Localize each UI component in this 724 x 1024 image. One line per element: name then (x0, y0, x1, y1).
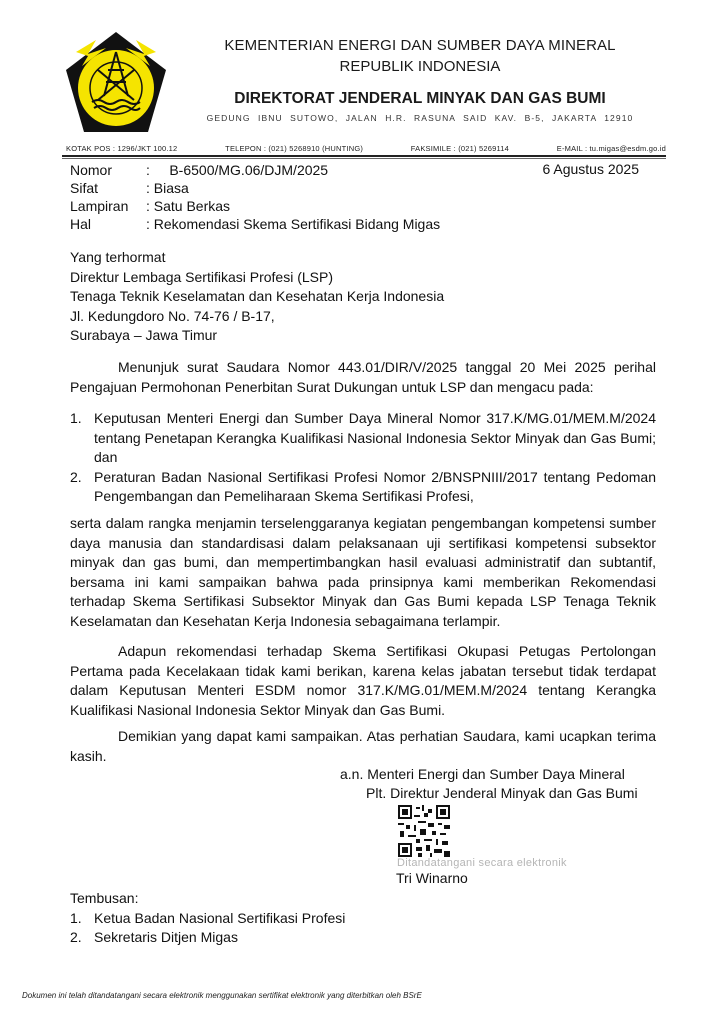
meta-row-subject: Hal : Rekomendasi Skema Sertifikasi Bida… (70, 215, 440, 233)
list-item: 1. Keputusan Menteri Energi dan Sumber D… (70, 409, 656, 468)
intro-paragraph: Menunjuk surat Saudara Nomor 443.01/DIR/… (70, 358, 656, 397)
recipient-block: Yang terhormat Direktur Lembaga Sertifik… (70, 248, 444, 346)
meta-row-nature: Sifat : Biasa (70, 179, 440, 197)
letterhead-divider-thin (62, 158, 666, 159)
recipient-title: Direktur Lembaga Sertifikasi Profesi (LS… (70, 268, 444, 288)
recipient-org: Tenaga Teknik Keselamatan dan Kesehatan … (70, 287, 444, 307)
letter-date: 6 Agustus 2025 (542, 161, 639, 177)
main-paragraph: serta dalam rangka menjamin terselenggar… (70, 514, 656, 631)
signature-on-behalf: a.n. Menteri Energi dan Sumber Daya Mine… (340, 766, 625, 782)
reference-list: 1. Keputusan Menteri Energi dan Sumber D… (70, 409, 656, 507)
exception-paragraph: Adapun rekomendasi terhadap Skema Sertif… (70, 642, 656, 720)
meta-row-number: Nomor : B-6500/MG.06/DJM/2025 (70, 161, 440, 179)
fax: FAKSIMILE : (021) 5269114 (411, 144, 509, 153)
directorate-name: DIREKTORAT JENDERAL MINYAK DAN GAS BUMI (180, 90, 660, 108)
cc-title: Tembusan: (70, 889, 345, 909)
signer-name: Tri Winarno (396, 870, 468, 886)
republic-name: REPUBLIK INDONESIA (180, 58, 660, 75)
list-item: 2. Peraturan Badan Nasional Sertifikasi … (70, 468, 656, 507)
po-box: KOTAK POS : 1296/JKT 100.12 (66, 144, 177, 153)
letter-meta: Nomor : B-6500/MG.06/DJM/2025 Sifat : Bi… (70, 161, 440, 233)
signature-position: Plt. Direktur Jenderal Minyak dan Gas Bu… (366, 785, 638, 801)
recipient-street: Jl. Kedungdoro No. 74-76 / B-17, (70, 307, 444, 327)
salutation: Yang terhormat (70, 248, 444, 268)
office-address: GEDUNG IBNU SUTOWO, JALAN H.R. RASUNA SA… (180, 113, 660, 123)
contact-bar: KOTAK POS : 1296/JKT 100.12 TELEPON : (0… (66, 144, 666, 153)
ministry-logo-icon (62, 30, 170, 138)
email: E-MAIL : tu.migas@esdm.go.id (557, 144, 666, 153)
list-item: 2. Sekretaris Ditjen Migas (70, 928, 345, 948)
electronic-signature-note: Ditandatangani secara elektronik (397, 857, 567, 869)
closing-paragraph: Demikian yang dapat kami sampaikan. Atas… (70, 727, 656, 766)
list-item: 1. Ketua Badan Nasional Sertifikasi Prof… (70, 909, 345, 929)
ministry-name: KEMENTERIAN ENERGI DAN SUMBER DAYA MINER… (180, 37, 660, 54)
qr-code-icon (398, 805, 450, 857)
recipient-city: Surabaya – Jawa Timur (70, 326, 444, 346)
meta-row-attachment: Lampiran : Satu Berkas (70, 197, 440, 215)
cc-block: Tembusan: 1. Ketua Badan Nasional Sertif… (70, 889, 345, 948)
footer-note: Dokumen ini telah ditandatangani secara … (22, 991, 422, 1000)
telephone: TELEPON : (021) 5268910 (HUNTING) (225, 144, 363, 153)
letterhead-divider (62, 155, 666, 157)
